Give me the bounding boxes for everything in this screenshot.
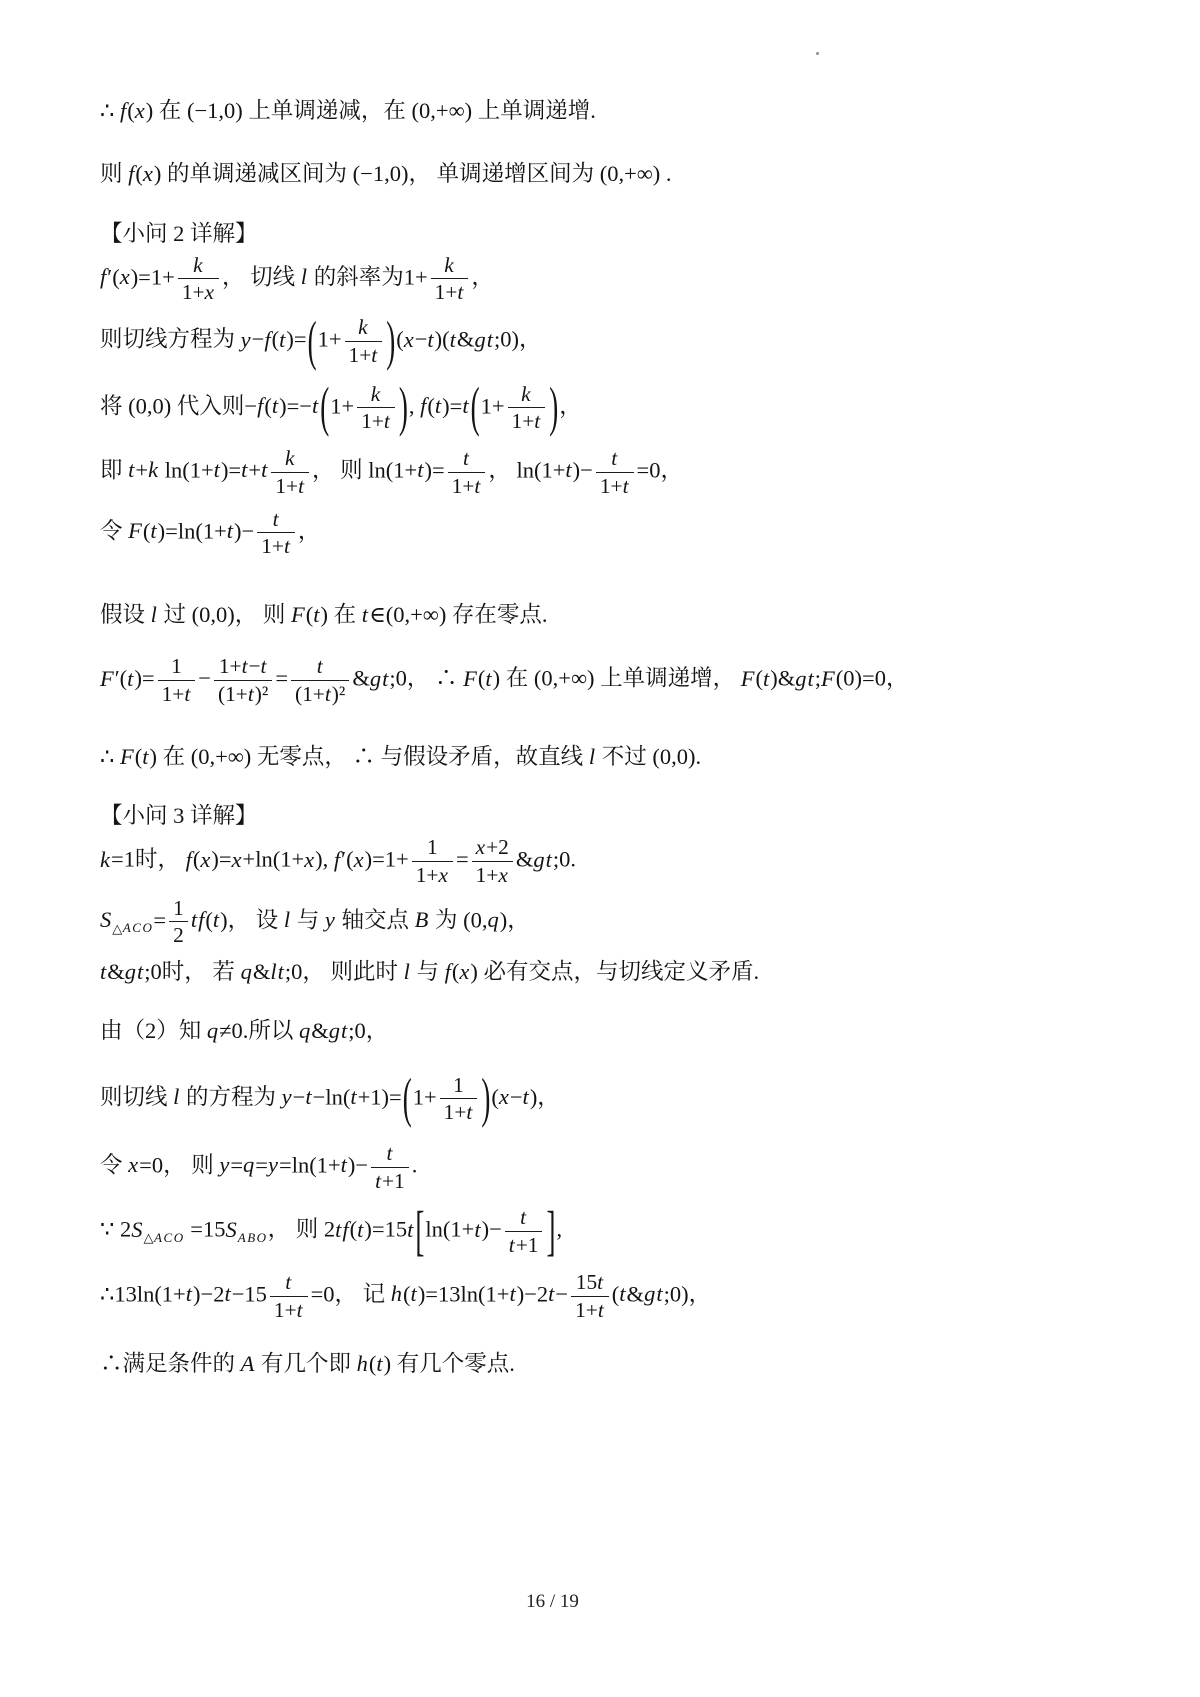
math-var: t xyxy=(273,507,280,531)
math-var: t xyxy=(341,1018,348,1043)
fraction: k1+t xyxy=(508,381,546,435)
math-var: h xyxy=(357,1351,369,1376)
big-delimiter: ) xyxy=(385,305,396,377)
math-var: t xyxy=(261,457,268,482)
math-var: x xyxy=(499,1084,510,1109)
math-part: 1 xyxy=(440,1072,478,1099)
math-var: g xyxy=(644,1281,656,1306)
math-var: l xyxy=(284,907,291,932)
math-var: S xyxy=(131,1217,143,1242)
math-var: t xyxy=(597,1270,604,1294)
math-var: g xyxy=(533,847,545,872)
math-var: F xyxy=(128,518,143,543)
math-var: q xyxy=(243,1152,255,1177)
math-var: S xyxy=(225,1217,237,1242)
math-part: k xyxy=(178,252,219,279)
math-var: t xyxy=(474,474,481,498)
math-var: t xyxy=(382,666,389,691)
math-var: t xyxy=(485,666,492,691)
math-part: 1+x xyxy=(178,278,219,306)
big-delimiter: ) xyxy=(548,372,559,444)
big-delimiter: ( xyxy=(319,372,330,444)
solution-line-final-statement: ∴满足条件的 A 有几个即 h(t) 有几个零点. xyxy=(100,1349,1120,1378)
math-var: t xyxy=(384,409,391,433)
fraction: t1+t xyxy=(596,445,634,499)
fraction: 11+t xyxy=(158,653,196,707)
math-var: t xyxy=(227,518,234,543)
math-var: t xyxy=(435,393,442,418)
math-var: t xyxy=(341,1152,348,1177)
math-part: k xyxy=(345,314,383,341)
math-var: t xyxy=(611,446,618,470)
math-var: t xyxy=(312,393,319,418)
math-var: x xyxy=(128,1152,139,1177)
math-var: t xyxy=(407,1217,414,1242)
math-var: O xyxy=(257,1230,268,1245)
fraction: tt+1 xyxy=(505,1204,543,1258)
math-var: t xyxy=(305,1084,312,1109)
math-part: k xyxy=(508,381,546,408)
math-var: t xyxy=(808,666,815,691)
math-var: x xyxy=(476,835,486,859)
math-part: △ACO xyxy=(143,1230,184,1245)
solution-line-define-h: ∴13ln(1+t)−2t−15t1+t=0， 记 h(t)=13ln(1+t)… xyxy=(100,1269,1120,1323)
math-part: t+1 xyxy=(505,1231,543,1259)
math-part: 1 xyxy=(158,653,196,680)
fraction: t1+t xyxy=(448,445,486,499)
math-part: 1+t−t xyxy=(214,653,272,680)
math-var: k xyxy=(285,446,295,470)
math-var: t xyxy=(191,907,198,932)
solution-line-area-relation: ∵ 2S△ACO =15SABO， 则 2tf(t)=15t[ln(1+t)−t… xyxy=(100,1204,1120,1258)
math-part: ABO xyxy=(238,1230,268,1245)
math-var: t xyxy=(248,682,255,706)
math-var: t xyxy=(242,654,249,678)
math-var: t xyxy=(520,1205,527,1229)
math-part: 1+t xyxy=(596,472,634,500)
math-var: F xyxy=(741,666,756,691)
math-var: f xyxy=(120,98,127,123)
math-part: 1+t xyxy=(440,1098,478,1126)
math-var: t xyxy=(279,327,286,352)
math-var: f xyxy=(198,907,205,932)
math-var: t xyxy=(376,1351,383,1376)
math-var: t xyxy=(100,959,107,984)
math-var: t xyxy=(417,457,424,482)
fraction: k1+t xyxy=(357,381,395,435)
math-var: t xyxy=(457,280,464,304)
solution-line-simplify-equation: 即 t+k ln(1+t)=t+tk1+t， 则 ln(1+t)=t1+t， l… xyxy=(100,445,1120,499)
math-part: t xyxy=(448,445,486,472)
solution-line-contradiction-conclusion: ∴ F(t) 在 (0,+∞) 无零点， ∴ 与假设矛盾，故直线 l 不过 (0… xyxy=(100,742,1120,771)
fraction: tt+1 xyxy=(371,1140,409,1194)
math-var: q xyxy=(241,959,253,984)
math-part: 2 xyxy=(169,921,188,949)
math-var: t xyxy=(127,666,134,691)
math-var: t xyxy=(523,1084,530,1109)
math-var: t xyxy=(534,409,541,433)
math-part: 1+t xyxy=(257,532,295,560)
math-var: t xyxy=(278,959,285,984)
math-var: t xyxy=(623,474,630,498)
math-var: l xyxy=(173,1084,180,1109)
math-var: t xyxy=(763,666,770,691)
math-var: x xyxy=(200,847,211,872)
document-body: ∴ f(x) 在 (−1,0) 上单调递减，在 (0,+∞) 上单调递增.则 f… xyxy=(0,0,1200,1379)
solution-line-q-negative-contradiction: t&gt;0时， 若 q&lt;0， 则此时 l 与 f(x) 必有交点，与切线… xyxy=(100,957,1120,986)
math-var: l xyxy=(404,959,411,984)
math-var: t xyxy=(509,1281,516,1306)
math-var: y xyxy=(282,1084,293,1109)
math-var: t xyxy=(386,1141,393,1165)
math-var: A xyxy=(123,920,132,935)
math-var: h xyxy=(391,1281,403,1306)
math-var: y xyxy=(241,327,252,352)
math-var: x xyxy=(120,264,131,289)
math-var: g xyxy=(795,666,807,691)
math-var: t xyxy=(462,393,469,418)
math-var: B xyxy=(247,1230,256,1245)
math-var: l xyxy=(151,602,158,627)
solution-line-monotonic-intervals: 则 f(x) 的单调递减区间为 (−1,0)， 单调递增区间为 (0,+∞) . xyxy=(100,159,1120,188)
math-var: A xyxy=(238,1230,247,1245)
math-var: k xyxy=(193,253,203,277)
math-part: t xyxy=(270,1269,308,1296)
math-var: k xyxy=(521,382,531,406)
math-var: y xyxy=(325,907,336,932)
math-var: B xyxy=(415,907,430,932)
math-var: f xyxy=(420,393,427,418)
math-var: l xyxy=(589,744,596,769)
math-var: t xyxy=(656,1281,663,1306)
fraction: t1+t xyxy=(270,1269,308,1323)
math-var: t xyxy=(284,534,291,558)
math-var: x xyxy=(404,327,415,352)
math-part: (1+t)² xyxy=(291,680,349,708)
math-var: k xyxy=(444,253,454,277)
math-var: l xyxy=(301,264,308,289)
solution-line-k-equals-1: k=1时， f(x)=x+ln(1+x), f′(x)=1+11+x=x+21+… xyxy=(100,834,1120,888)
math-var: t xyxy=(298,474,305,498)
math-var: g xyxy=(329,1018,341,1043)
math-var: t xyxy=(509,1233,516,1257)
fraction: t1+t xyxy=(257,506,295,560)
math-var: t xyxy=(142,744,149,769)
math-var: F xyxy=(100,666,115,691)
math-var: x xyxy=(354,847,365,872)
math-var: t xyxy=(565,457,572,482)
solution-line-area-ACO: S△ACO=12tf(t)， 设 l 与 y 轴交点 B 为 (0,q)， xyxy=(100,895,1120,949)
solution-line-conclusion-monotonic: ∴ f(x) 在 (−1,0) 上单调递减，在 (0,+∞) 上单调递增. xyxy=(100,96,1120,125)
solution-line-section-2-header: 【小问 2 详解】 xyxy=(100,219,1120,248)
math-part: 1+t xyxy=(508,407,546,435)
fraction: 12 xyxy=(169,895,188,949)
math-part: △ACO xyxy=(112,920,153,935)
math-part: t xyxy=(371,1140,409,1167)
math-part: k xyxy=(271,445,309,472)
math-var: f xyxy=(342,1217,349,1242)
math-part: x+2 xyxy=(472,834,513,861)
math-var: l xyxy=(270,959,277,984)
math-part: 1+t xyxy=(357,407,395,435)
math-var: f xyxy=(100,264,107,289)
math-var: x xyxy=(304,847,315,872)
math-part: 15t xyxy=(571,1269,609,1296)
math-var: t xyxy=(546,847,553,872)
math-var: t xyxy=(150,518,157,543)
fraction: k1+t xyxy=(345,314,383,368)
math-var: t xyxy=(186,1281,193,1306)
math-var: t xyxy=(548,1281,555,1306)
math-var: t xyxy=(466,1100,473,1124)
fraction: 1+t−t(1+t)² xyxy=(214,653,272,707)
math-part: t+1 xyxy=(371,1167,409,1195)
math-var: t xyxy=(598,1298,605,1322)
fraction: t(1+t)² xyxy=(291,653,349,707)
solution-line-define-F: 令 F(t)=ln(1+t)−t1+t， xyxy=(100,506,1120,560)
math-var: S xyxy=(100,907,112,932)
math-var: f xyxy=(128,161,135,186)
math-part: 1+t xyxy=(271,472,309,500)
solution-line-tangent-equation: 则切线方程为 y−f(t)=(1+k1+t)(x−t)(t&gt;0)， xyxy=(100,314,1120,368)
math-var: F xyxy=(120,744,135,769)
fraction: x+21+x xyxy=(472,834,513,888)
math-var: q xyxy=(207,1018,219,1043)
math-part: k xyxy=(431,252,469,279)
math-var: t xyxy=(213,907,220,932)
math-part: 1+t xyxy=(431,278,469,306)
math-var: t xyxy=(224,1281,231,1306)
math-var: t xyxy=(297,1298,304,1322)
big-delimiter: ( xyxy=(470,372,481,444)
math-var: t xyxy=(317,654,324,678)
math-var: y xyxy=(268,1152,279,1177)
big-delimiter: ) xyxy=(398,372,409,444)
math-part: 1+t xyxy=(448,472,486,500)
math-var: O xyxy=(174,1230,185,1245)
math-var: t xyxy=(261,654,268,678)
big-delimiter: ] xyxy=(545,1196,556,1268)
math-var: x xyxy=(135,98,146,123)
math-var: t xyxy=(474,1217,481,1242)
solution-line-derivative-slope: f′(x)=1+k1+x， 切线 l 的斜率为1+k1+t， xyxy=(100,252,1120,306)
math-part: t xyxy=(291,653,349,680)
math-var: t xyxy=(285,1270,292,1294)
math-var: t xyxy=(487,327,494,352)
page-number: 16 / 19 xyxy=(0,1591,1105,1613)
math-var: x xyxy=(438,863,448,887)
math-var: F xyxy=(291,602,306,627)
math-part: (1+t)² xyxy=(214,680,272,708)
math-var: F xyxy=(463,666,478,691)
math-var: t xyxy=(450,327,457,352)
math-part: 1 xyxy=(412,834,453,861)
math-var: O xyxy=(142,920,153,935)
math-var: x xyxy=(459,959,470,984)
math-var: y xyxy=(219,1152,230,1177)
math-part: 1+t xyxy=(345,341,383,369)
math-var: t xyxy=(619,1281,626,1306)
math-var: t xyxy=(411,1281,418,1306)
math-var: t xyxy=(184,682,191,706)
math-var: k xyxy=(148,457,159,482)
solution-line-q-positive: 由（2）知 q≠0.所以 q&gt;0， xyxy=(100,1016,1120,1045)
fraction: k1+x xyxy=(178,252,219,306)
math-var: t xyxy=(128,457,135,482)
math-var: f xyxy=(257,393,264,418)
math-var: x xyxy=(143,161,154,186)
math-part: 1+t xyxy=(158,680,196,708)
math-var: f xyxy=(334,847,341,872)
math-var: f xyxy=(445,959,452,984)
solution-line-F-derivative: F′(t)=11+t−1+t−t(1+t)²=t(1+t)²&gt;0， ∴ F… xyxy=(100,653,1120,707)
fraction: 15t1+t xyxy=(571,1269,609,1323)
fraction: 11+x xyxy=(412,834,453,888)
fraction: k1+t xyxy=(431,252,469,306)
fraction: 11+t xyxy=(440,1072,478,1126)
math-part: 1+x xyxy=(412,861,453,889)
big-delimiter: [ xyxy=(414,1196,425,1268)
math-var: f xyxy=(186,847,193,872)
math-part: t xyxy=(505,1204,543,1231)
math-part: 1+x xyxy=(472,861,513,889)
math-var: t xyxy=(362,602,369,627)
math-var: t xyxy=(325,682,332,706)
math-var: g xyxy=(474,327,486,352)
solution-line-y-intercept: 令 x=0， 则 y=q=y=ln(1+t)−tt+1. xyxy=(100,1140,1120,1194)
math-var: g xyxy=(370,666,382,691)
math-var: x xyxy=(205,280,215,304)
math-var: k xyxy=(371,382,381,406)
math-var: F xyxy=(821,666,836,691)
math-var: t xyxy=(313,602,320,627)
fraction: k1+t xyxy=(271,445,309,499)
math-var: t xyxy=(137,959,144,984)
math-var: t xyxy=(241,457,248,482)
math-var: C xyxy=(132,920,142,935)
math-var: q xyxy=(299,1018,311,1043)
math-part: t xyxy=(596,445,634,472)
math-part: k xyxy=(357,381,395,408)
math-var: g xyxy=(125,959,137,984)
math-var: x xyxy=(232,847,243,872)
solution-line-assume-through-origin: 假设 l 过 (0,0)， 则 F(t) 在 t∈(0,+∞) 存在零点. xyxy=(100,600,1120,629)
math-var: t xyxy=(375,1169,382,1193)
math-var: x xyxy=(498,863,508,887)
math-var: f xyxy=(264,327,271,352)
math-var: t xyxy=(357,1217,364,1242)
solution-line-section-3-header: 【小问 3 详解】 xyxy=(100,801,1120,830)
stray-mark xyxy=(816,52,819,55)
math-var: t xyxy=(214,457,221,482)
math-var: t xyxy=(427,327,434,352)
solution-line-substitute-origin: 将 (0,0) 代入则−f(t)=−t(1+k1+t), f(t)=t(1+k1… xyxy=(100,381,1120,435)
solution-line-tangent-line-equation: 则切线 l 的方程为 y−t−ln(t+1)=(1+11+t)(x−t)， xyxy=(100,1072,1120,1126)
math-part: 1+t xyxy=(270,1296,308,1324)
math-var: q xyxy=(488,907,500,932)
math-var: t xyxy=(463,446,470,470)
math-var: t xyxy=(371,343,378,367)
math-var: A xyxy=(241,1351,256,1376)
math-var: k xyxy=(358,315,368,339)
math-var: k xyxy=(100,847,111,872)
math-var: C xyxy=(163,1230,173,1245)
big-delimiter: ) xyxy=(480,1063,491,1135)
math-var: t xyxy=(272,393,279,418)
math-var: t xyxy=(350,1084,357,1109)
math-part: 1 xyxy=(169,895,188,922)
big-delimiter: ( xyxy=(307,305,318,377)
math-part: t xyxy=(257,506,295,533)
math-part: 1+t xyxy=(571,1296,609,1324)
big-delimiter: ( xyxy=(402,1063,413,1135)
